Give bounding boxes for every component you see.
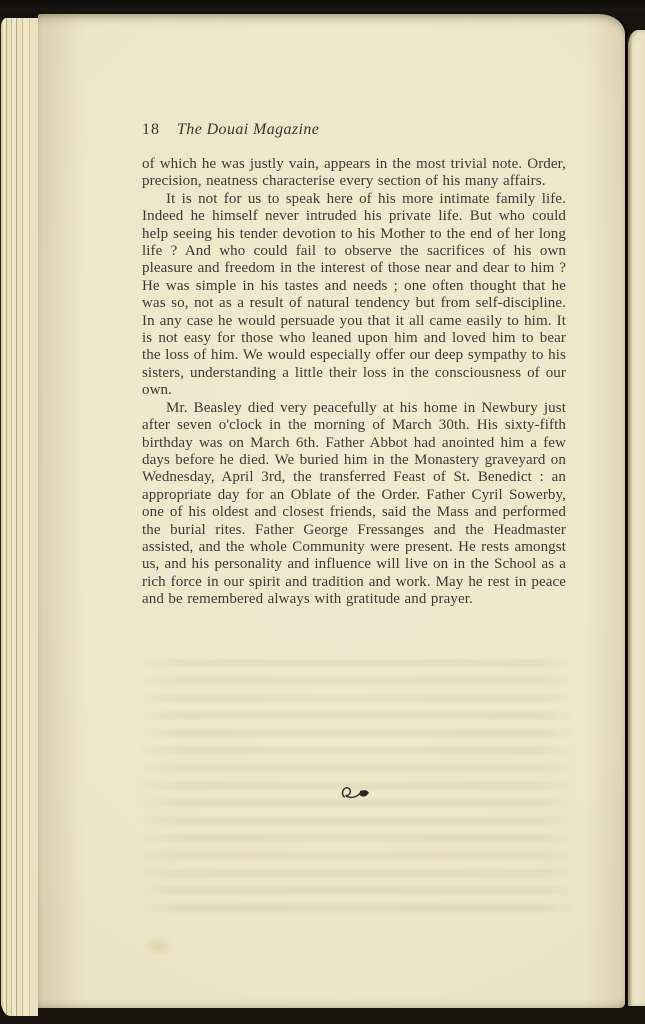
fleuron-icon [336,780,372,808]
next-page-edge [628,30,645,1006]
paragraph-continuation: of which he was justly vain, appears in … [142,156,566,191]
running-title: The Douai Magazine [177,121,319,138]
running-head: 18The Douai Magazine [142,121,566,139]
page-number: 18 [142,121,160,138]
ornament-row [142,782,566,807]
book-photo: 18The Douai Magazine of which he was jus… [0,0,645,1024]
book-page: 18The Douai Magazine of which he was jus… [38,14,625,1008]
paragraph: It is not for us to speak here of his mo… [142,191,566,400]
paragraph: Mr. Beasley died very peacefully at his … [142,400,566,609]
page-content: 18The Douai Magazine of which he was jus… [142,14,566,609]
left-page-edges [0,18,38,1016]
